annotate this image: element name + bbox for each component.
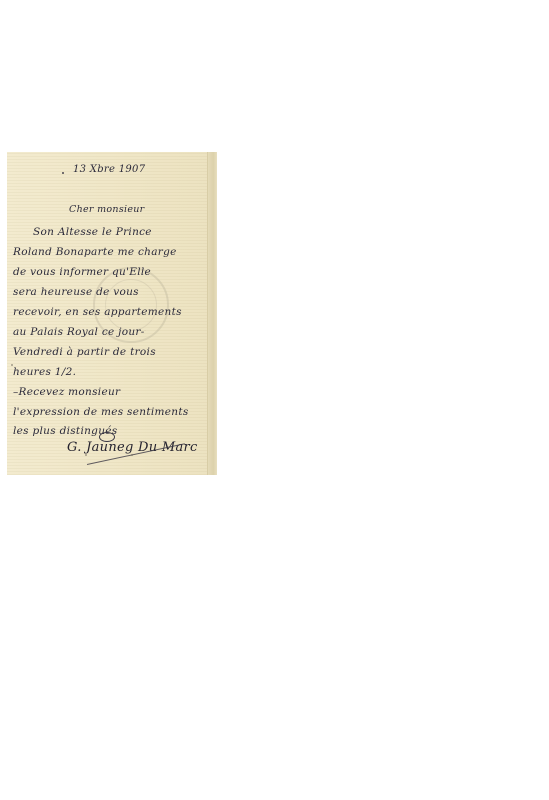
letter-line: recevoir, en ses appartements bbox=[13, 306, 182, 318]
ink-dot bbox=[62, 172, 64, 174]
paper-speck bbox=[131, 454, 133, 456]
letter-salutation: Cher monsieur bbox=[69, 204, 145, 215]
letter-line: sera heureuse de vous bbox=[13, 286, 139, 298]
letter-closing-line: l'expression de mes sentiments bbox=[13, 406, 189, 418]
letter-line: au Palais Royal ce jour- bbox=[13, 326, 145, 338]
paper-fold-edge bbox=[207, 152, 217, 475]
letter-date: 13 Xbre 1907 bbox=[73, 164, 145, 175]
page-background: · · · · · · 13 Xbre 1907 Cher monsieur S… bbox=[0, 0, 549, 800]
letter-line: Son Altesse le Prince bbox=[33, 226, 152, 238]
letter-line: heures 1/2. bbox=[13, 366, 76, 378]
paper-speck bbox=[11, 364, 13, 366]
letter-closing-line: –Recevez monsieur bbox=[13, 386, 120, 398]
letter-line: de vous informer qu'Elle bbox=[13, 266, 151, 278]
letter-line: Vendredi à partir de trois bbox=[13, 346, 156, 358]
handwritten-letter: · · · · · · 13 Xbre 1907 Cher monsieur S… bbox=[7, 152, 217, 475]
letter-signature: G. Jauneg Du Marc bbox=[67, 440, 198, 455]
letter-line: Roland Bonaparte me charge bbox=[13, 246, 177, 258]
paper-speck bbox=[85, 454, 87, 456]
